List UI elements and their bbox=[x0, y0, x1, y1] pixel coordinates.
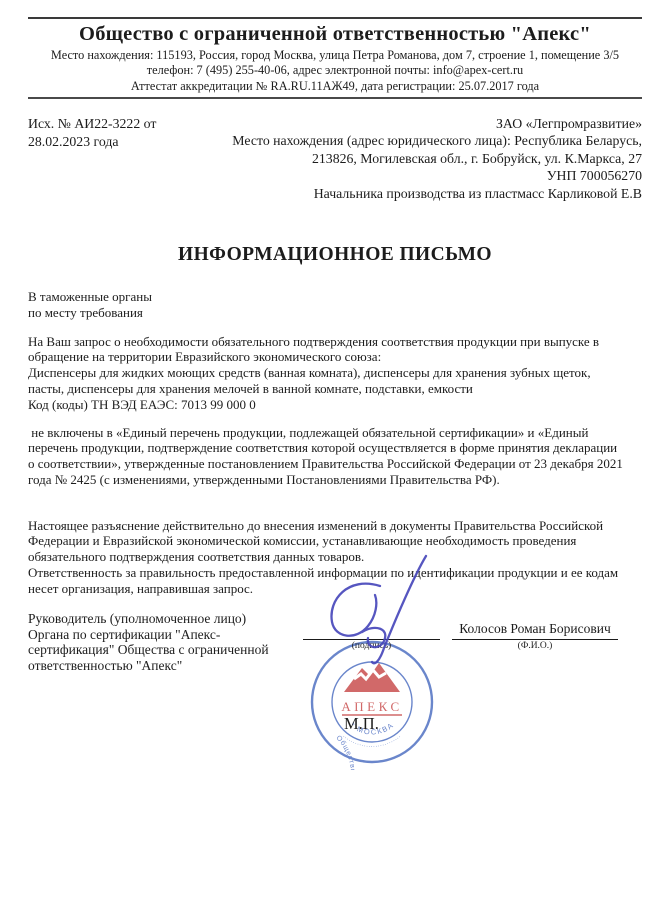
company-title: Общество с ограниченной ответственностью… bbox=[28, 22, 642, 46]
signatory-name: Колосов Роман Борисович bbox=[452, 620, 618, 637]
company-contacts: телефон: 7 (495) 255-40-06, адрес электр… bbox=[28, 63, 642, 78]
company-address: Место нахождения: 115193, Россия, город … bbox=[28, 48, 642, 63]
signature-flourish bbox=[362, 628, 385, 647]
fio-label: (Ф.И.О.) bbox=[452, 641, 618, 652]
fio-line bbox=[452, 639, 618, 640]
company-accreditation: Аттестат аккредитации № RA.RU.11АЖ49, да… bbox=[28, 79, 642, 94]
paragraph-products: На Ваш запрос о необходимости обязательн… bbox=[28, 334, 642, 413]
letter-title: ИНФОРМАЦИОННОЕ ПИСЬМО bbox=[28, 244, 642, 266]
document-page: Общество с ограниченной ответственностью… bbox=[0, 0, 664, 924]
recipient-block: ЗАО «Легпромразвитие» Место нахождения (… bbox=[232, 115, 642, 202]
stamp-logo-text: АПЕКС bbox=[341, 699, 402, 714]
signature-stroke bbox=[372, 556, 426, 663]
reference-row: Исх. № АИ22-3222 от 28.02.2023 года ЗАО … bbox=[28, 115, 642, 202]
signatory-position: Руководитель (уполномоченное лицо) Орган… bbox=[28, 611, 308, 673]
fio-column: Колосов Роман Борисович (Ф.И.О.) bbox=[452, 620, 618, 652]
paragraph-exclusion: не включены в «Единый перечень продукции… bbox=[28, 425, 642, 488]
mp-mark: М.П. bbox=[344, 714, 379, 733]
letter-addressee: В таможенные органы по месту требования bbox=[28, 289, 642, 321]
letterhead-top-rule bbox=[28, 17, 642, 19]
handwritten-signature bbox=[318, 548, 436, 673]
letterhead-bottom-rule bbox=[28, 97, 642, 99]
outgoing-ref: Исх. № АИ22-3222 от 28.02.2023 года bbox=[28, 115, 156, 151]
